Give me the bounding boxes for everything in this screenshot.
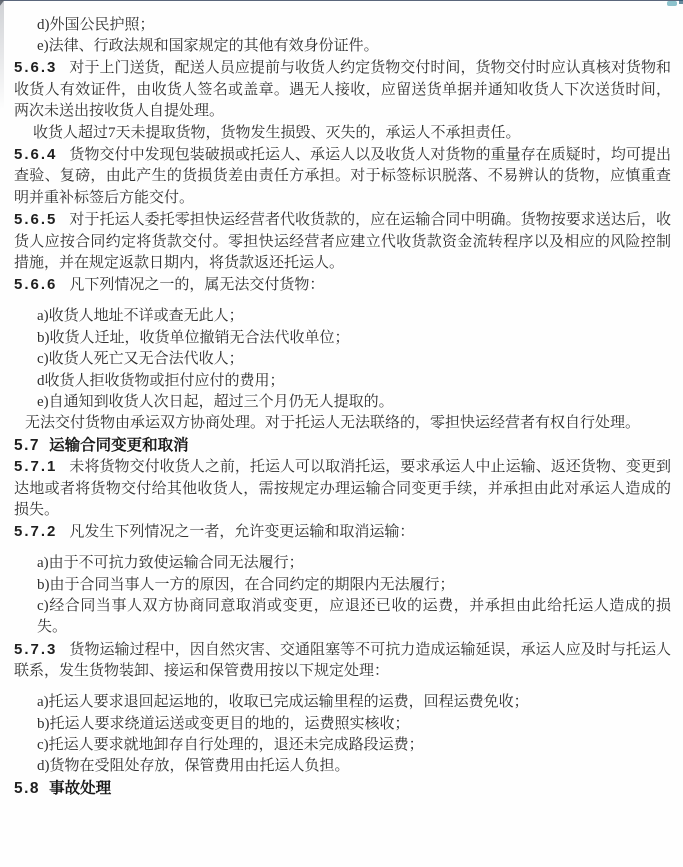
section-heading: 5.8事故处理 <box>14 778 671 799</box>
list-group: d)外国公民护照；e)法律、行政法规和国家规定的其他有效身份证件。 <box>14 15 671 58</box>
list-item: b)收货人迁址，收货单位撤销无合法代收单位； <box>14 328 671 349</box>
list-item: b)托运人要求绕道运送或变更目的地的，运费照实核收； <box>14 714 671 735</box>
clause-number: 5.7.1 <box>14 458 57 475</box>
clause-text: 未将货物交付收货人之前，托运人可以取消托运，要求承运人中止运输、返还货物、变更到… <box>14 459 671 518</box>
clause-text: 对于托运人委托零担快运经营者代收货款的，应在运输合同中明确。货物按要求送达后，收… <box>14 212 671 271</box>
clause-paragraph: 5.6.3对于上门送货，配送人员应提前与收货人约定货物交付时间，货物交付时应认真… <box>14 57 671 122</box>
section-number: 5.7 <box>14 437 40 454</box>
list-item: d)外国公民护照； <box>14 15 671 36</box>
clause-number: 5.6.3 <box>14 59 57 76</box>
clause-number: 5.6.4 <box>14 146 57 163</box>
list-item: c)收货人死亡又无合法代收人； <box>14 349 671 370</box>
list-item: a)收货人地址不详或查无此人； <box>14 306 671 327</box>
list-item: a)托运人要求退回起运地的，收取已完成运输里程的运费，回程运费免收； <box>14 692 671 713</box>
clause-text: 凡发生下列情况之一者，允许变更运输和取消运输： <box>69 524 414 540</box>
clause-paragraph: 5.7.3货物运输过程中，因自然灾害、交通阻塞等不可抗力造成运输延误，承运人应及… <box>14 639 671 683</box>
list-item: e)自通知到收货人次日起，超过三个月仍无人提取的。 <box>14 392 671 413</box>
document-page: d)外国公民护照；e)法律、行政法规和国家规定的其他有效身份证件。5.6.3对于… <box>0 0 683 867</box>
list-item: c)托运人要求就地卸存自行处理的，退还未完成路段运费； <box>14 735 671 756</box>
note-paragraph: 无法交付货物由承运双方协商处理。对于托运人无法联络的，零担快运经营者有权自行处理… <box>14 413 671 434</box>
clause-paragraph: 5.7.2凡发生下列情况之一者，允许变更运输和取消运输： <box>14 521 671 543</box>
list-group: a)托运人要求退回起运地的，收取已完成运输里程的运费，回程运费免收；b)托运人要… <box>14 692 671 778</box>
clause-number: 5.6.6 <box>14 276 57 293</box>
clause-paragraph: 5.6.5对于托运人委托零担快运经营者代收货款的，应在运输合同中明确。货物按要求… <box>14 209 671 274</box>
section-title: 运输合同变更和取消 <box>49 437 189 454</box>
clause-number: 5.7.2 <box>14 523 57 540</box>
clause-paragraph: 5.7.1未将货物交付收货人之前，托运人可以取消托运，要求承运人中止运输、返还货… <box>14 456 671 521</box>
scan-artifact-top-right-corner <box>679 0 683 4</box>
list-item: d收货人拒收货物或拒付应付的费用； <box>14 371 671 392</box>
section-number: 5.8 <box>14 780 40 797</box>
clause-paragraph: 5.6.4货物交付中发现包装破损或托运人、承运人以及收货人对货物的重量存在质疑时… <box>14 144 671 209</box>
list-item: d)货物在受阻处存放，保管费用由托运人负担。 <box>14 756 671 777</box>
section-title: 事故处理 <box>49 780 111 797</box>
scan-artifact-top-right-teal <box>667 1 677 6</box>
list-item: e)法律、行政法规和国家规定的其他有效身份证件。 <box>14 36 671 57</box>
clause-number: 5.7.3 <box>14 641 57 658</box>
clause-text: 货物交付中发现包装破损或托运人、承运人以及收货人对货物的重量存在质疑时，均可提出… <box>14 147 671 206</box>
clause-text: 货物运输过程中，因自然灾害、交通阻塞等不可抗力造成运输延误，承运人应及时与托运人… <box>14 642 671 679</box>
list-item: a)由于不可抗力致使运输合同无法履行； <box>14 553 671 574</box>
section-heading: 5.7运输合同变更和取消 <box>14 435 671 456</box>
list-group: a)由于不可抗力致使运输合同无法履行；b)由于合同当事人一方的原因，在合同约定的… <box>14 553 671 639</box>
clause-number: 5.6.5 <box>14 211 57 228</box>
list-item: c)经合同当事人双方协商同意取消或变更，应退还已收的运费，并承担由此给托运人造成… <box>14 596 671 639</box>
list-item: b)由于合同当事人一方的原因，在合同约定的期限内无法履行； <box>14 575 671 596</box>
indented-paragraph: 收货人超过7天未提取货物，货物发生损毁、灭失的，承运人不承担责任。 <box>14 123 671 144</box>
scan-artifact-top-edge <box>0 0 683 1</box>
list-group: a)收货人地址不详或查无此人；b)收货人迁址，收货单位撤销无合法代收单位；c)收… <box>14 306 671 413</box>
clause-text: 对于上门送货，配送人员应提前与收货人约定货物交付时间，货物交付时应认真核对货物和… <box>14 60 671 119</box>
clause-paragraph: 5.6.6凡下列情况之一的，属无法交付货物： <box>14 274 671 296</box>
clause-text: 凡下列情况之一的，属无法交付货物： <box>69 277 324 293</box>
document-body: d)外国公民护照；e)法律、行政法规和国家规定的其他有效身份证件。5.6.3对于… <box>0 0 683 799</box>
scan-artifact-left-smudge <box>0 0 4 110</box>
